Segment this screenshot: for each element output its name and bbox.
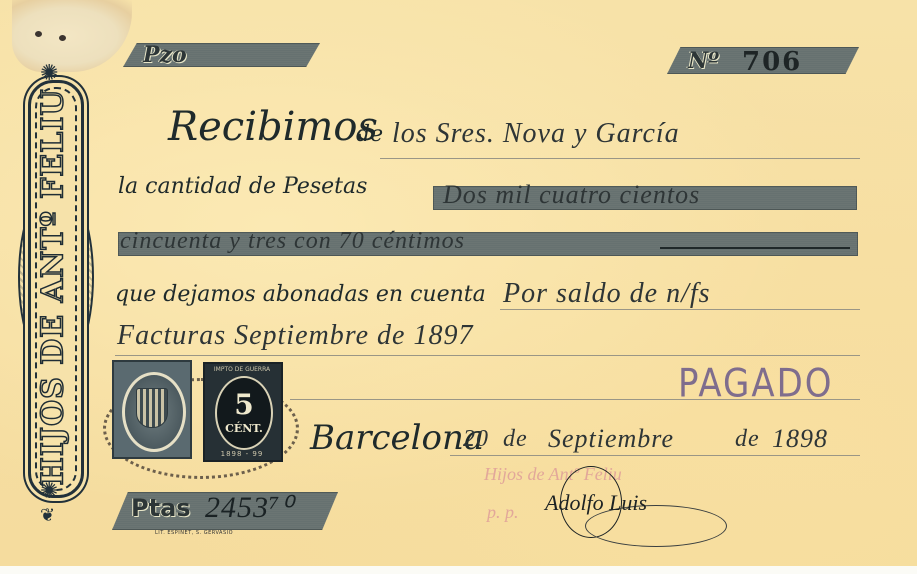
from-value: los Sres. Nova y García bbox=[392, 118, 680, 150]
coat-of-arms-icon bbox=[136, 388, 168, 428]
scroll-ornament-icon: ❦ bbox=[40, 505, 55, 526]
signature: Adolfo Luis bbox=[545, 490, 647, 516]
amount-label: la cantidad de Pesetas bbox=[118, 174, 367, 199]
reason-label: que dejamos abonadas en cuenta bbox=[115, 282, 486, 307]
paid-stamp: PAGADO bbox=[678, 361, 834, 407]
line-rule bbox=[500, 309, 860, 310]
date-year: 1898 bbox=[772, 424, 828, 454]
receipt-number: 706 bbox=[742, 47, 802, 77]
scan-margin bbox=[0, 566, 917, 574]
received-label: Recibimos bbox=[168, 104, 378, 150]
pin-hole bbox=[59, 35, 66, 41]
issuer-name: HIJOS DE ANTº FELIU bbox=[36, 88, 71, 485]
stamp-value: 5 bbox=[217, 388, 271, 421]
total-value: 2453⁷⁰ bbox=[205, 490, 293, 525]
place-label: Pzo bbox=[143, 42, 187, 68]
date-month: Septiembre bbox=[548, 424, 674, 454]
amount-words-line1: Dos mil cuatro cientos bbox=[443, 180, 700, 210]
receipt-paper: ✺ ✺ ❦ HIJOS DE ANTº FELIU Pzo Nº 706 Rec… bbox=[0, 0, 917, 566]
stamp-oval: 5 CÉNT. bbox=[215, 376, 273, 450]
line-rule bbox=[115, 355, 860, 356]
date-de-2: de bbox=[735, 426, 760, 453]
stamp-impuesto-guerra: IMPTO DE GUERRA 5 CÉNT. 1898 - 99 bbox=[203, 362, 283, 462]
amount-words-line2: cincuenta y tres con 70 céntimos bbox=[120, 228, 465, 255]
line-rule bbox=[380, 158, 860, 159]
line-rule bbox=[450, 455, 860, 456]
fill-line bbox=[660, 247, 850, 249]
stamp-unit: CÉNT. bbox=[217, 422, 271, 435]
company-stamp-line2: p. p. bbox=[487, 502, 519, 523]
stamp-timbre-movil bbox=[112, 360, 192, 459]
stamp-top-text: IMPTO DE GUERRA bbox=[209, 366, 275, 373]
city: Barcelona bbox=[310, 418, 484, 458]
torn-corner-stain bbox=[12, 0, 132, 72]
number-label: Nº bbox=[688, 48, 719, 74]
total-label: Ptas bbox=[131, 494, 191, 522]
reason-value-line2: Facturas Septiembre de 1897 bbox=[117, 320, 473, 352]
date-de-1: de bbox=[503, 426, 528, 453]
printer-imprint: LIT. ESPINET, S. GERVASIO bbox=[155, 530, 233, 536]
from-label: de bbox=[356, 122, 383, 147]
date-day: 20 bbox=[463, 426, 489, 453]
pin-hole bbox=[35, 31, 42, 37]
sunburst-ornament-icon: ✺ bbox=[40, 60, 58, 86]
reason-value-line1: Por saldo de n/fs bbox=[503, 278, 711, 310]
stamp-years: 1898 - 99 bbox=[209, 450, 275, 458]
